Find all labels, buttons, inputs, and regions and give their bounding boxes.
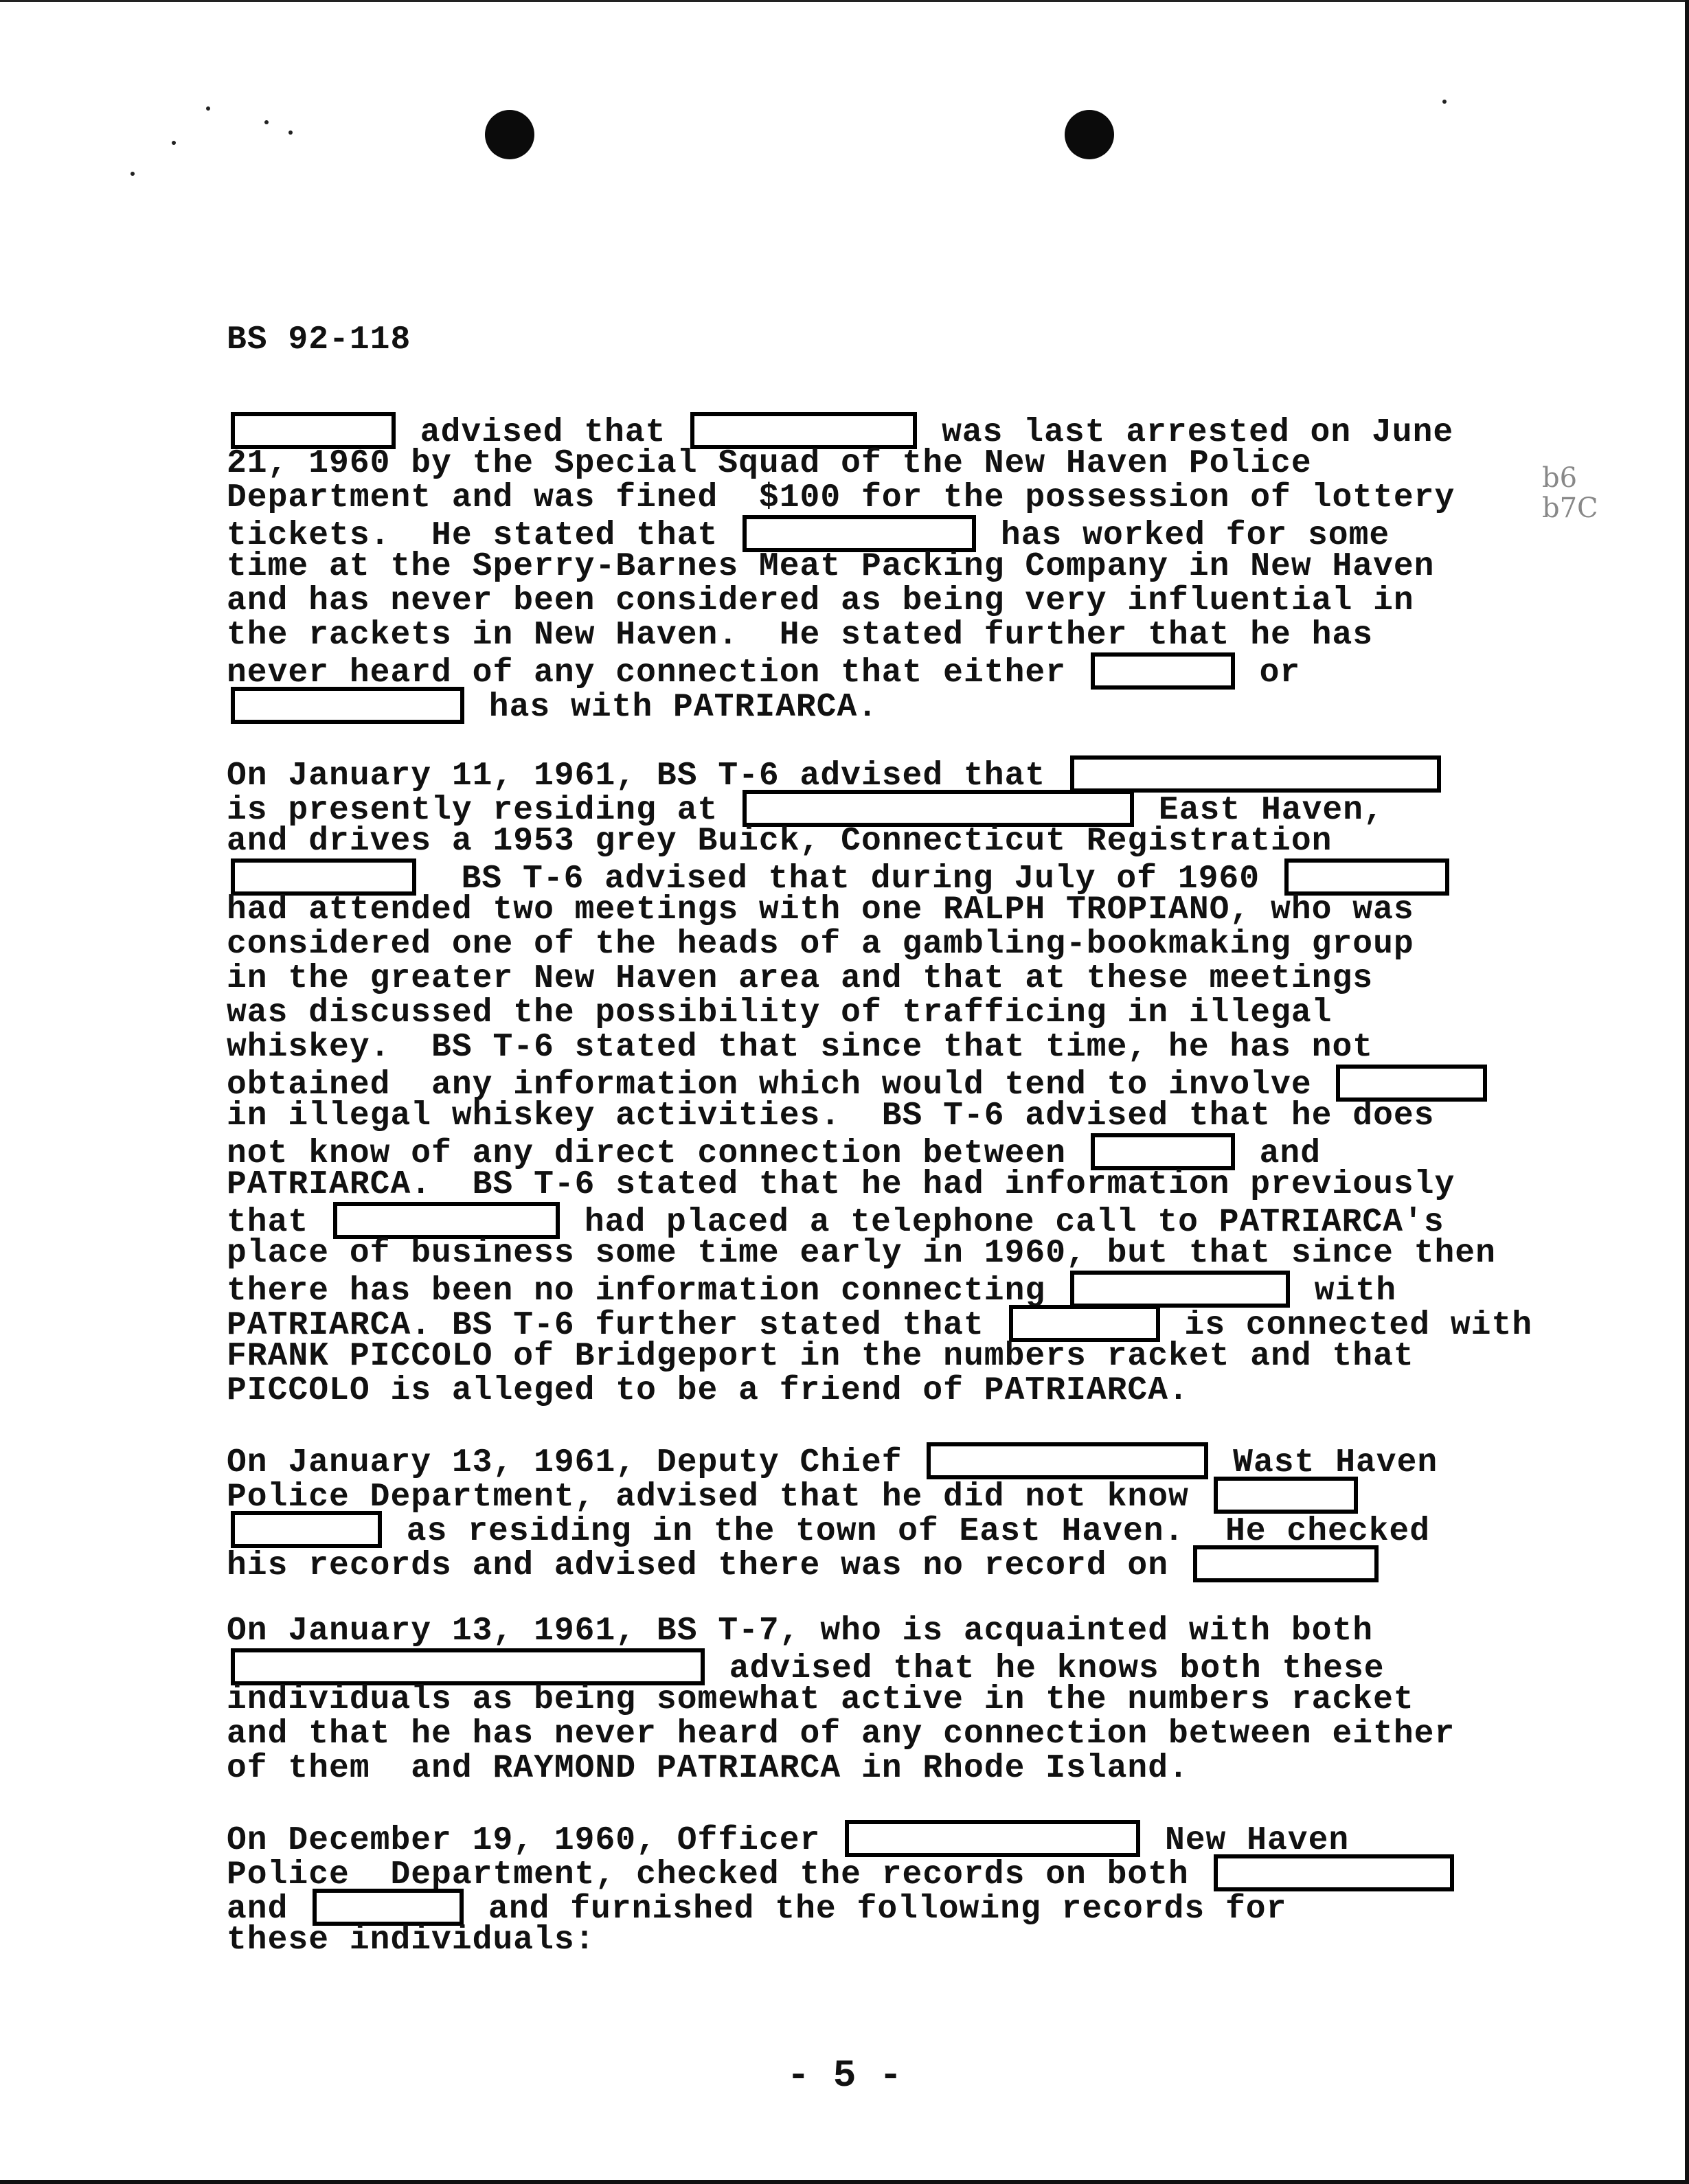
- punch-hole-left: [485, 110, 534, 159]
- text-run: New Haven: [1144, 1822, 1349, 1859]
- redaction-box: [743, 790, 1134, 827]
- text-run: Wast Haven: [1212, 1444, 1438, 1481]
- text-line: FRANK PICCOLO of Bridgeport in the numbe…: [227, 1339, 1566, 1374]
- document-page: b6 b7C BS 92-118 advised that was last a…: [0, 0, 1689, 2184]
- text-line: Police Department, checked the records o…: [227, 1854, 1566, 1889]
- text-run: PATRIARCA. BS T-6 stated that he had inf…: [227, 1166, 1455, 1203]
- text-line: obtained any information which would ten…: [227, 1065, 1566, 1099]
- redaction-box: [231, 1648, 705, 1685]
- scan-edge-bottom: [0, 2180, 1689, 2184]
- text-line: advised that was last arrested on June: [227, 412, 1566, 446]
- redaction-box: [333, 1202, 560, 1239]
- paragraph: On January 11, 1961, BS T-6 advised that…: [227, 755, 1566, 1408]
- text-line: tickets. He stated that has worked for s…: [227, 515, 1566, 549]
- text-line: PATRIARCA. BS T-6 stated that he had inf…: [227, 1168, 1566, 1202]
- redaction-box: [1009, 1305, 1160, 1342]
- text-line: and has never been considered as being v…: [227, 584, 1566, 618]
- text-line: there has been no information connecting…: [227, 1271, 1566, 1305]
- redaction-box: [1214, 1477, 1358, 1514]
- text-run: these individuals:: [227, 1922, 595, 1959]
- text-line: On December 19, 1960, Officer New Haven: [227, 1820, 1566, 1854]
- paragraph: On January 13, 1961, Deputy Chief Wast H…: [227, 1442, 1566, 1580]
- text-run: FRANK PICCOLO of Bridgeport in the numbe…: [227, 1338, 1414, 1375]
- text-line: On January 13, 1961, BS T-7, who is acqu…: [227, 1614, 1566, 1648]
- scan-speck: [288, 130, 293, 135]
- redaction-box: [1070, 755, 1441, 793]
- redaction-box: [1214, 1854, 1454, 1891]
- text-line: Department and was fined $100 for the po…: [227, 481, 1566, 515]
- text-run: individuals as being somewhat active in …: [227, 1681, 1414, 1718]
- text-run: was discussed the possibility of traffic…: [227, 994, 1332, 1032]
- paragraph: On January 13, 1961, BS T-7, who is acqu…: [227, 1614, 1566, 1786]
- paragraph: On December 19, 1960, Officer New HavenP…: [227, 1820, 1566, 1957]
- redaction-box: [1091, 1133, 1235, 1170]
- document-body: BS 92-118 advised that was last arrested…: [227, 323, 1566, 1992]
- text-run: On January 13, 1961, Deputy Chief: [227, 1444, 922, 1481]
- text-line: had attended two meetings with one RALPH…: [227, 893, 1566, 927]
- text-line: in the greater New Haven area and that a…: [227, 962, 1566, 996]
- redaction-box: [231, 412, 396, 449]
- text-line: whiskey. BS T-6 stated that since that t…: [227, 1030, 1566, 1065]
- text-line: and drives a 1953 grey Buick, Connecticu…: [227, 824, 1566, 858]
- text-run: with: [1294, 1273, 1396, 1310]
- text-run: his records and advised there was no rec…: [227, 1547, 1189, 1584]
- text-line: in illegal whiskey activities. BS T-6 ad…: [227, 1099, 1566, 1133]
- scan-speck: [131, 172, 135, 176]
- text-line: not know of any direct connection betwee…: [227, 1133, 1566, 1168]
- text-run: considered one of the heads of a gamblin…: [227, 926, 1414, 963]
- scan-speck: [1442, 100, 1447, 104]
- text-line: the rackets in New Haven. He stated furt…: [227, 618, 1566, 652]
- redaction-box: [231, 1511, 382, 1548]
- redaction-box: [231, 858, 416, 896]
- text-run: 21, 1960 by the Special Squad of the New…: [227, 445, 1312, 482]
- text-run: Police Department, checked the records o…: [227, 1856, 1210, 1893]
- text-line: individuals as being somewhat active in …: [227, 1683, 1566, 1717]
- text-run: has with PATRIARCA.: [468, 689, 878, 726]
- redaction-box: [690, 412, 917, 449]
- page-number: - 5 -: [0, 2054, 1689, 2097]
- redaction-box: [743, 515, 976, 552]
- scan-speck: [264, 120, 269, 124]
- text-line: BS T-6 advised that during July of 1960: [227, 858, 1566, 893]
- text-run: and has never been considered as being v…: [227, 582, 1414, 619]
- text-line: On January 11, 1961, BS T-6 advised that: [227, 755, 1566, 790]
- text-run: On December 19, 1960, Officer: [227, 1822, 841, 1859]
- text-run: in the greater New Haven area and that a…: [227, 960, 1373, 997]
- text-line: considered one of the heads of a gamblin…: [227, 927, 1566, 962]
- punch-hole-right: [1065, 110, 1114, 159]
- text-run: Department and was fined $100 for the po…: [227, 479, 1455, 516]
- redaction-box: [1284, 858, 1449, 896]
- text-line: place of business some time early in 196…: [227, 1236, 1566, 1271]
- paragraph: advised that was last arrested on June21…: [227, 412, 1566, 721]
- redaction-box: [927, 1442, 1208, 1479]
- text-line: On January 13, 1961, Deputy Chief Wast H…: [227, 1442, 1566, 1477]
- scan-speck: [206, 106, 210, 111]
- text-line: has with PATRIARCA.: [227, 687, 1566, 721]
- text-line: of them and RAYMOND PATRIARCA in Rhode I…: [227, 1751, 1566, 1786]
- text-line: these individuals:: [227, 1923, 1566, 1957]
- text-line: and and furnished the following records …: [227, 1889, 1566, 1923]
- redaction-box: [1091, 652, 1235, 690]
- scan-speck: [172, 141, 176, 145]
- text-line: advised that he knows both these: [227, 1648, 1566, 1683]
- text-run: or: [1239, 655, 1300, 692]
- text-line: never heard of any connection that eithe…: [227, 652, 1566, 687]
- text-line: 21, 1960 by the Special Squad of the New…: [227, 446, 1566, 481]
- text-run: On January 11, 1961, BS T-6 advised that: [227, 758, 1066, 795]
- text-run: time at the Sperry-Barnes Meat Packing C…: [227, 548, 1434, 585]
- redaction-box: [313, 1889, 464, 1926]
- text-run: the rackets in New Haven. He stated furt…: [227, 617, 1373, 654]
- text-run: in illegal whiskey activities. BS T-6 ad…: [227, 1097, 1434, 1135]
- text-line: is presently residing at East Haven,: [227, 790, 1566, 824]
- paragraphs: advised that was last arrested on June21…: [227, 412, 1566, 1957]
- text-run: there has been no information connecting: [227, 1273, 1066, 1310]
- text-run: of them and RAYMOND PATRIARCA in Rhode I…: [227, 1750, 1189, 1787]
- redaction-box: [1336, 1065, 1487, 1102]
- text-line: PICCOLO is alleged to be a friend of PAT…: [227, 1374, 1566, 1408]
- text-run: and drives a 1953 grey Buick, Connecticu…: [227, 823, 1332, 860]
- text-line: as residing in the town of East Haven. H…: [227, 1511, 1566, 1545]
- text-line: time at the Sperry-Barnes Meat Packing C…: [227, 549, 1566, 584]
- scan-edge-top: [0, 0, 1689, 2]
- text-line: was discussed the possibility of traffic…: [227, 996, 1566, 1030]
- text-run: had attended two meetings with one RALPH…: [227, 891, 1414, 929]
- text-run: Police Department, advised that he did n…: [227, 1479, 1210, 1516]
- text-run: On January 13, 1961, BS T-7, who is acqu…: [227, 1613, 1373, 1650]
- redaction-box: [845, 1820, 1140, 1857]
- redaction-box: [1070, 1271, 1290, 1308]
- text-run: never heard of any connection that eithe…: [227, 655, 1087, 692]
- text-run: as residing in the town of East Haven. H…: [386, 1513, 1430, 1550]
- text-line: his records and advised there was no rec…: [227, 1545, 1566, 1580]
- redaction-box: [1193, 1545, 1379, 1582]
- text-line: and that he has never heard of any conne…: [227, 1717, 1566, 1751]
- text-run: whiskey. BS T-6 stated that since that t…: [227, 1029, 1373, 1066]
- scan-edge-right: [1685, 0, 1689, 2184]
- text-line: PATRIARCA. BS T-6 further stated that is…: [227, 1305, 1566, 1339]
- text-run: PICCOLO is alleged to be a friend of PAT…: [227, 1372, 1189, 1409]
- text-line: that had placed a telephone call to PATR…: [227, 1202, 1566, 1236]
- redaction-box: [231, 687, 464, 724]
- file-number: BS 92-118: [227, 323, 1566, 357]
- text-run: place of business some time early in 196…: [227, 1235, 1496, 1272]
- text-line: Police Department, advised that he did n…: [227, 1477, 1566, 1511]
- text-run: and that he has never heard of any conne…: [227, 1716, 1455, 1753]
